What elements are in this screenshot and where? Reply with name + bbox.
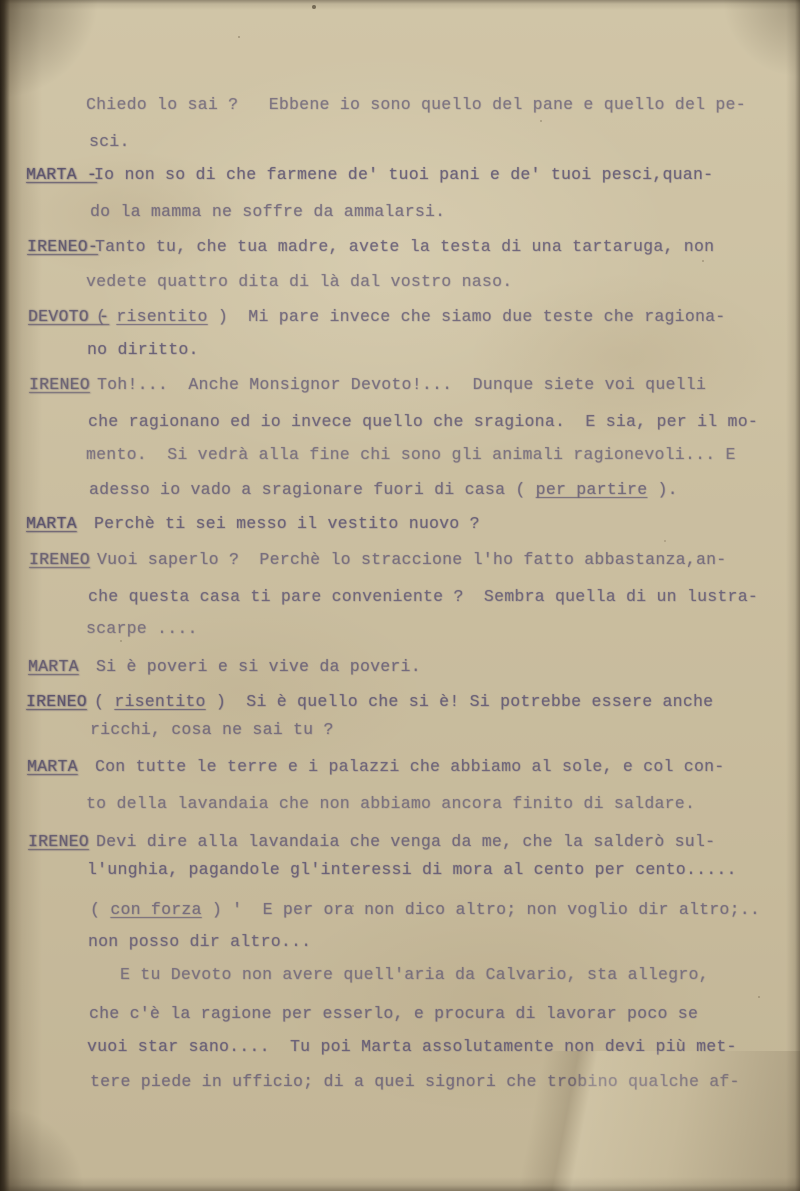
dialogue-text: Toh!... Anche Monsignor Devoto!... Dunqu… bbox=[97, 375, 706, 395]
dialogue-pre: ( bbox=[90, 900, 110, 919]
speaker-name: MARTA - bbox=[26, 165, 97, 185]
script-line: mento. Si vedrà alla fine chi sono gli a… bbox=[0, 445, 800, 467]
dialogue-text: E tu Devoto non avere quell'aria da Calv… bbox=[120, 965, 709, 985]
script-line: scarpe .... bbox=[0, 619, 800, 641]
stage-direction: risentito bbox=[114, 692, 205, 711]
dialogue-post: ) Mi pare invece che siamo due teste che… bbox=[208, 307, 726, 326]
typescript-page: Chiedo lo sai ? Ebbene io sono quello de… bbox=[0, 0, 800, 1191]
speaker-name: IRENEO bbox=[26, 692, 87, 712]
dialogue-text: sci. bbox=[89, 132, 130, 152]
speaker-name: IRENEO bbox=[28, 832, 89, 852]
dialogue-text: adesso io vado a sragionare fuori di cas… bbox=[89, 480, 678, 500]
dialogue-pre: vuoi star sano.... Tu poi Marta assoluta… bbox=[87, 1037, 737, 1056]
speaker-name: MARTA bbox=[27, 757, 78, 777]
dialogue-text: l'unghia, pagandole gl'interessi di mora… bbox=[87, 860, 737, 880]
script-line: MARTA Con tutte le terre e i palazzi che… bbox=[0, 757, 800, 779]
dialogue-pre: ricchi, cosa ne sai tu ? bbox=[90, 720, 334, 739]
script-line: MARTA Si è poveri e si vive da poveri. bbox=[1, 657, 800, 679]
dialogue-text: Devi dire alla lavandaia che venga da me… bbox=[96, 832, 715, 852]
typed-text-layer: Chiedo lo sai ? Ebbene io sono quello de… bbox=[0, 0, 800, 1191]
script-line: Chiedo lo sai ? Ebbene io sono quello de… bbox=[0, 95, 800, 117]
dialogue-pre: che questa casa ti pare conveniente ? Se… bbox=[88, 587, 758, 606]
dialogue-text: che questa casa ti pare conveniente ? Se… bbox=[88, 587, 758, 607]
dialogue-text: vuoi star sano.... Tu poi Marta assoluta… bbox=[87, 1037, 737, 1057]
dialogue-text: no diritto. bbox=[87, 340, 199, 360]
dialogue-text: Io non so di che farmene de' tuoi pani e… bbox=[94, 165, 713, 185]
dialogue-text: Si è poveri e si vive da poveri. bbox=[96, 657, 421, 677]
script-line: tere piede in ufficio; di a quei signori… bbox=[2, 1072, 800, 1094]
dialogue-text: scarpe .... bbox=[86, 619, 198, 639]
dialogue-text: che ragionano ed io invece quello che sr… bbox=[88, 412, 758, 432]
script-line: vedete quattro dita di là dal vostro nas… bbox=[0, 272, 800, 294]
script-line: IRENEO ( risentito ) Si è quello che si … bbox=[0, 692, 800, 714]
dialogue-pre: sci. bbox=[89, 132, 130, 151]
dialogue-pre: adesso io vado a sragionare fuori di cas… bbox=[89, 480, 536, 499]
stage-direction: con forza bbox=[110, 900, 201, 919]
speaker-name: IRENEO- bbox=[27, 237, 98, 257]
script-line: non posso dir altro... bbox=[0, 932, 800, 954]
dialogue-text: do la mamma ne soffre da ammalarsi. bbox=[90, 202, 445, 222]
script-line: IRENEO Vuoi saperlo ? Perchè lo straccio… bbox=[2, 550, 800, 572]
dialogue-pre: ( bbox=[94, 692, 114, 711]
dialogue-text: non posso dir altro... bbox=[88, 932, 311, 952]
dialogue-pre: Con tutte le terre e i palazzi che abbia… bbox=[95, 757, 724, 776]
dialogue-pre: ( bbox=[96, 307, 116, 326]
script-line: vuoi star sano.... Tu poi Marta assoluta… bbox=[0, 1037, 800, 1059]
dialogue-text: ( con forza ) ' E per ora non dico altro… bbox=[90, 900, 760, 920]
dialogue-text: ( risentito ) Mi pare invece che siamo d… bbox=[96, 307, 725, 327]
script-line: che c'è la ragione per esserlo, e procur… bbox=[1, 1004, 800, 1026]
dialogue-post: ) Si è quello che si è! Si potrebbe esse… bbox=[206, 692, 714, 711]
script-line: l'unghia, pagandole gl'interessi di mora… bbox=[0, 860, 800, 882]
dialogue-text: che c'è la ragione per esserlo, e procur… bbox=[89, 1004, 698, 1024]
script-line: MARTA Perchè ti sei messo il vestito nuo… bbox=[0, 514, 800, 536]
speaker-name: MARTA bbox=[26, 514, 77, 534]
dialogue-text: tere piede in ufficio; di a quei signori… bbox=[90, 1072, 740, 1092]
dialogue-pre: do la mamma ne soffre da ammalarsi. bbox=[90, 202, 445, 221]
dialogue-pre: l'unghia, pagandole gl'interessi di mora… bbox=[87, 860, 737, 879]
dialogue-pre: tere piede in ufficio; di a quei signori… bbox=[90, 1072, 740, 1091]
dialogue-text: ricchi, cosa ne sai tu ? bbox=[90, 720, 334, 740]
dialogue-pre: non posso dir altro... bbox=[88, 932, 311, 951]
stage-direction: risentito bbox=[116, 307, 207, 326]
script-line: IRENEO Toh!... Anche Monsignor Devoto!..… bbox=[2, 375, 800, 397]
paper-specks bbox=[0, 0, 2, 2]
dialogue-pre: no diritto. bbox=[87, 340, 199, 359]
dialogue-text: Tanto tu, che tua madre, avete la testa … bbox=[95, 237, 714, 257]
stage-direction: per partire bbox=[536, 480, 648, 499]
script-line: ricchi, cosa ne sai tu ? bbox=[2, 720, 800, 742]
script-line: che ragionano ed io invece quello che sr… bbox=[0, 412, 800, 434]
script-line: E tu Devoto non avere quell'aria da Calv… bbox=[0, 965, 800, 987]
dialogue-pre: Vuoi saperlo ? Perchè lo straccione l'ho… bbox=[97, 550, 726, 569]
dialogue-pre: che c'è la ragione per esserlo, e procur… bbox=[89, 1004, 698, 1023]
script-line: to della lavandaia che non abbiamo ancor… bbox=[0, 794, 800, 816]
speaker-name: IRENEO bbox=[29, 550, 90, 570]
script-line: che questa casa ti pare conveniente ? Se… bbox=[0, 587, 800, 609]
dialogue-pre: to della lavandaia che non abbiamo ancor… bbox=[86, 794, 695, 813]
script-line: do la mamma ne soffre da ammalarsi. bbox=[2, 202, 800, 224]
dialogue-text: vedete quattro dita di là dal vostro nas… bbox=[86, 272, 512, 292]
dialogue-text: Chiedo lo sai ? Ebbene io sono quello de… bbox=[86, 95, 746, 115]
script-line: no diritto. bbox=[0, 340, 800, 362]
script-line: MARTA - Io non so di che farmene de' tuo… bbox=[0, 165, 800, 187]
dialogue-pre: vedete quattro dita di là dal vostro nas… bbox=[86, 272, 512, 291]
speaker-name: IRENEO bbox=[29, 375, 90, 395]
dialogue-pre: mento. Si vedrà alla fine chi sono gli a… bbox=[86, 445, 736, 464]
dialogue-text: to della lavandaia che non abbiamo ancor… bbox=[86, 794, 695, 814]
script-line: DEVOTO - ( risentito ) Mi pare invece ch… bbox=[1, 307, 800, 329]
dialogue-pre: scarpe .... bbox=[86, 619, 198, 638]
dialogue-pre: Devi dire alla lavandaia che venga da me… bbox=[96, 832, 715, 851]
dialogue-text: Con tutte le terre e i palazzi che abbia… bbox=[95, 757, 724, 777]
dialogue-text: Vuoi saperlo ? Perchè lo straccione l'ho… bbox=[97, 550, 726, 570]
dialogue-pre: Si è poveri e si vive da poveri. bbox=[96, 657, 421, 676]
dialogue-pre: Tanto tu, che tua madre, avete la testa … bbox=[95, 237, 714, 256]
dialogue-post: ) ' E per ora non dico altro; non voglio… bbox=[202, 900, 760, 919]
dialogue-pre: Chiedo lo sai ? Ebbene io sono quello de… bbox=[86, 95, 746, 114]
dialogue-pre: Perchè ti sei messo il vestito nuovo ? bbox=[94, 514, 480, 533]
speaker-name: MARTA bbox=[28, 657, 79, 677]
dialogue-text: Perchè ti sei messo il vestito nuovo ? bbox=[94, 514, 480, 534]
script-line: sci. bbox=[1, 132, 800, 154]
dialogue-text: mento. Si vedrà alla fine chi sono gli a… bbox=[86, 445, 736, 465]
dialogue-post: ). bbox=[647, 480, 677, 499]
script-line: adesso io vado a sragionare fuori di cas… bbox=[1, 480, 800, 502]
script-line: ( con forza ) ' E per ora non dico altro… bbox=[2, 900, 800, 922]
dialogue-pre: E tu Devoto non avere quell'aria da Calv… bbox=[120, 965, 709, 984]
dialogue-pre: Io non so di che farmene de' tuoi pani e… bbox=[94, 165, 713, 184]
dialogue-pre: che ragionano ed io invece quello che sr… bbox=[88, 412, 758, 431]
dialogue-pre: Toh!... Anche Monsignor Devoto!... Dunqu… bbox=[97, 375, 706, 394]
script-line: IRENEO- Tanto tu, che tua madre, avete l… bbox=[0, 237, 800, 259]
dialogue-text: ( risentito ) Si è quello che si è! Si p… bbox=[94, 692, 713, 712]
script-line: IRENEO Devi dire alla lavandaia che veng… bbox=[1, 832, 800, 854]
